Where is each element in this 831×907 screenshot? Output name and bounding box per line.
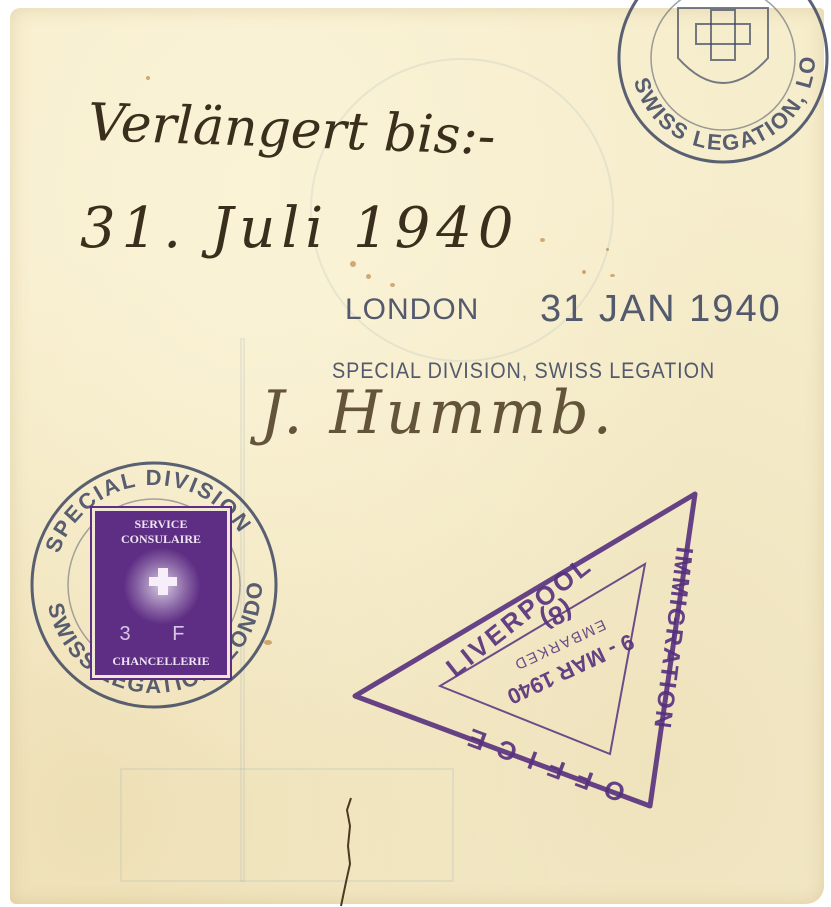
foxing-spot [606,248,609,251]
svg-text:IMMIGRATION: IMMIGRATION [648,545,698,731]
stamp-city: LONDON [345,293,479,327]
passport-page: Verlängert bis:- 31. Juli 1940 LONDON 31… [10,8,824,904]
handwritten-extension-text: Verlängert bis:- [87,93,496,167]
immigration-officer-stamp: IMMIGRATION OFFICER LIVERPOOL 9 - MAR 19… [345,486,705,806]
revenue-stamp-top-text: SERVICE CONSULAIRE [95,517,227,547]
foxing-spot [350,261,356,267]
foxing-spot [610,274,615,277]
stamp-date: 31 JAN 1940 [540,288,782,331]
swiss-cross-icon-v [158,568,168,595]
foxing-spot [366,274,371,279]
swiss-legation-seal: SWISS LEGATION, LONDON [606,0,831,168]
paper-crack [335,798,365,907]
revenue-stamp: SERVICE CONSULAIRE 3 F CHANCELLERIE [92,508,230,678]
handwritten-extension-date: 31. Juli 1940 [80,196,520,261]
foxing-spot [540,238,545,242]
revenue-stamp-value: 3 F [95,623,227,646]
official-signature: J. Hummb. [260,378,616,448]
foxing-spot [390,283,395,287]
foxing-spot [582,270,586,274]
foxing-spot [146,76,150,80]
revenue-stamp-bottom-text: CHANCELLERIE [95,654,227,669]
